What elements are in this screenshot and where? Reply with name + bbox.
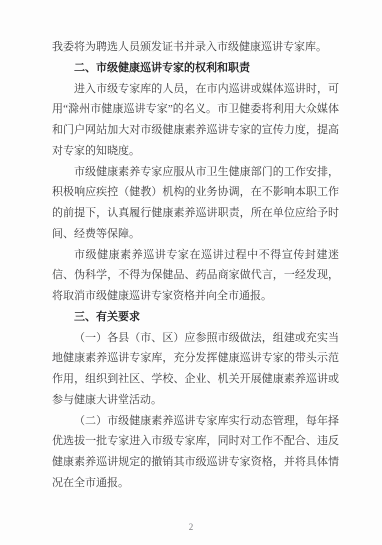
- document-page: 我委将为聘选人员颁发证书并录入市级健康巡讲专家库。 二、市级健康巡讲专家的权利和…: [0, 0, 382, 545]
- section-heading-3: 三、有关要求: [52, 307, 339, 328]
- section-heading-2: 二、市级健康巡讲专家的权利和职责: [52, 58, 339, 79]
- paragraph-continuation: 我委将为聘选人员颁发证书并录入市级健康巡讲专家库。: [52, 37, 339, 58]
- paragraph: （二）市级健康素养巡讲专家库实行动态管理，每年择优选拔一批专家进入市级专家库，同…: [52, 411, 339, 494]
- document-text-block: 我委将为聘选人员颁发证书并录入市级健康巡讲专家库。 二、市级健康巡讲专家的权利和…: [52, 37, 339, 494]
- paragraph: （一）各县（市、区）应参照市级做法，组建或充实当地健康素养巡讲专家库，充分发挥健…: [52, 328, 339, 411]
- page-number: 2: [0, 522, 382, 532]
- paragraph: 市级健康素养巡讲专家在巡讲过程中不得宣传封建迷信、伪科学，不得为保健品、药品商家…: [52, 245, 339, 307]
- paragraph: 市级健康素养专家应服从市卫生健康部门的工作安排，积极响应疾控（健教）机构的业务协…: [52, 162, 339, 245]
- paragraph: 进入市级专家库的人员，在市内巡讲或媒体巡讲时，可用“滁州市健康巡讲专家”的名义。…: [52, 79, 339, 162]
